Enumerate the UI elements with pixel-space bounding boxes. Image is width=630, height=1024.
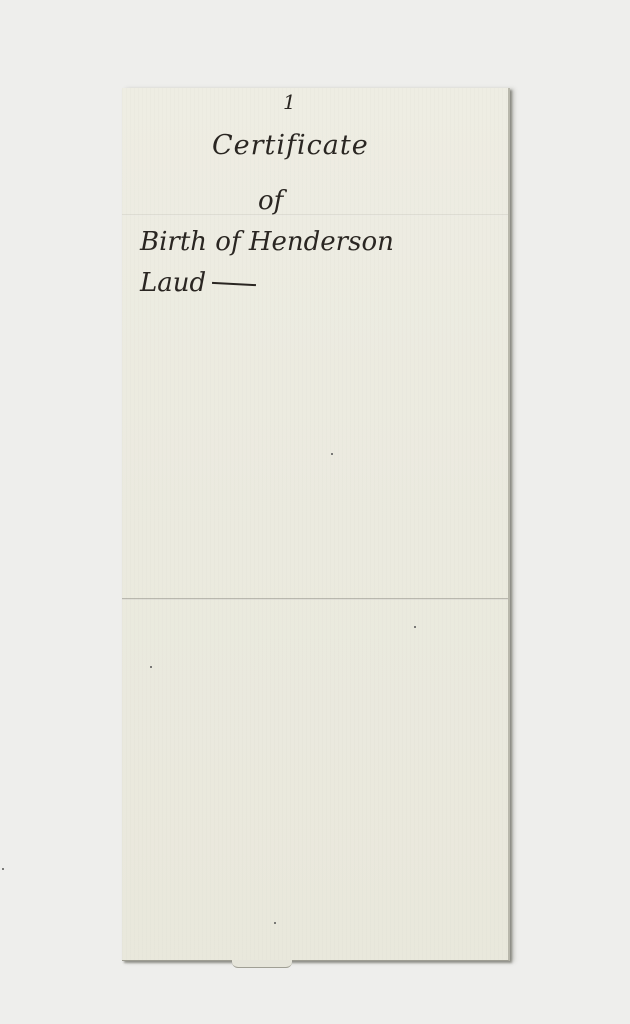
folded-document <box>122 88 510 961</box>
ink-speck <box>331 453 333 455</box>
fold-line-middle <box>122 598 508 600</box>
ink-speck <box>150 666 152 668</box>
handwritten-line-of: of <box>258 186 283 216</box>
flourish-dash <box>212 282 256 286</box>
ink-speck <box>2 868 4 870</box>
handwritten-line-name: Laud <box>140 268 256 298</box>
handwritten-name: Laud <box>140 268 206 298</box>
handwritten-line-subject: Birth of Henderson <box>140 227 394 257</box>
paper-bottom-tab <box>232 960 292 968</box>
fold-line-upper <box>122 214 508 216</box>
page-number: 1 <box>283 90 296 114</box>
document-title: Certificate <box>212 130 369 161</box>
ink-speck <box>414 626 416 628</box>
ink-speck <box>274 922 276 924</box>
